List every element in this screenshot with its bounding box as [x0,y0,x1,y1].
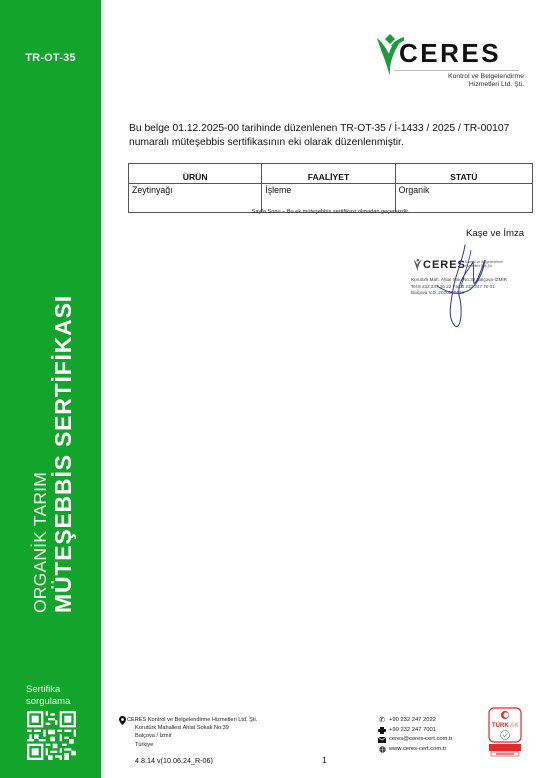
contact-website[interactable]: www.ceres-cert.com.tr [378,745,453,755]
contact-email[interactable]: ceres@ceres-cert.com.tr [378,735,453,745]
vertical-title-line2: MÜTEŞEBBİS SERTİFİKASI [50,295,77,613]
table-header-row: ÜRÜN FAALİYET STATÜ [129,164,533,184]
vertical-title-line1: ORGANİK TARIM [30,472,51,613]
qr-code-icon[interactable] [27,711,76,760]
fax-text: +90 232 247 7001 [389,726,436,736]
qr-label-line2: sorgulama [26,696,70,708]
signature [425,240,495,330]
location-pin-icon [119,716,126,725]
column-header-product: ÜRÜN [129,164,262,184]
address-line4: Türkiye [127,741,257,749]
products-table: ÜRÜN FAALİYET STATÜ Zeytinyağı İşleme Or… [128,163,533,213]
address-line3: Balçova / İzmir [127,732,257,740]
intro-line1: Bu belge 01.12.2025-00 tarihinde düzenle… [129,122,539,136]
svg-text:AK: AK [510,723,519,729]
stamp-title: Kaşe ve İmza [466,228,524,239]
sidebar: TR-OT-35 ORGANİK TARIM MÜTEŞEBBİS SERTİF… [0,0,101,778]
footer-address: CERES Kontrol ve Belgelendirme Hizmetler… [127,716,257,749]
logo-subtitle-line2: Hizmetleri Ltd. Şti. [414,81,524,89]
column-header-activity: FAALİYET [262,164,395,184]
intro-text: Bu belge 01.12.2025-00 tarihinde düzenle… [129,122,539,150]
address-line1: CERES Kontrol ve Belgelendirme Hizmetler… [127,716,257,724]
logo-divider [394,70,519,71]
contact-phone: ✆ +90 232 247 2022 [378,716,453,726]
contact-fax: +90 232 247 7001 [378,726,453,736]
globe-icon [378,746,386,753]
certificate-code: TR-OT-35 [0,52,101,64]
address-line2: Korutürk Mahallesi Ahlat Sokak No:39 [127,724,257,732]
intro-line2: numaralı müteşebbis sertifikasının eki o… [129,136,539,150]
website-link[interactable]: www.ceres-cert.com.tr [389,745,446,755]
page-number: 1 [322,755,327,765]
logo-subtitle: Kontrol ve Belgelendirme Hizmetleri Ltd.… [414,73,524,89]
email-link[interactable]: ceres@ceres-cert.com.tr [389,735,453,745]
phone-icon: ✆ [378,717,386,724]
contact-info: ✆ +90 232 247 2022 +90 232 247 7001 cere… [378,716,453,754]
qr-label: Sertifika sorgulama [26,684,70,708]
column-header-status: STATÜ [395,164,532,184]
document-version: 4.8.14 v(10.06.24_R-06) [135,756,213,765]
logo-subtitle-line1: Kontrol ve Belgelendirme [414,73,524,81]
page-end-note: Sayfa Sonu – Bu ek müteşebbis sertifikas… [128,209,533,215]
email-icon [378,736,386,743]
phone-text: +90 232 247 2022 [389,716,436,726]
logo-wordmark: CERES [399,38,501,69]
svg-text:TÜRK: TÜRK [492,722,509,729]
qr-label-line1: Sertifika [26,684,70,696]
fax-icon [378,727,386,734]
ceres-logo: CERES Kontrol ve Belgelendirme Hizmetler… [374,32,524,87]
turkak-accreditation-logo: TÜRK AK [488,707,522,757]
